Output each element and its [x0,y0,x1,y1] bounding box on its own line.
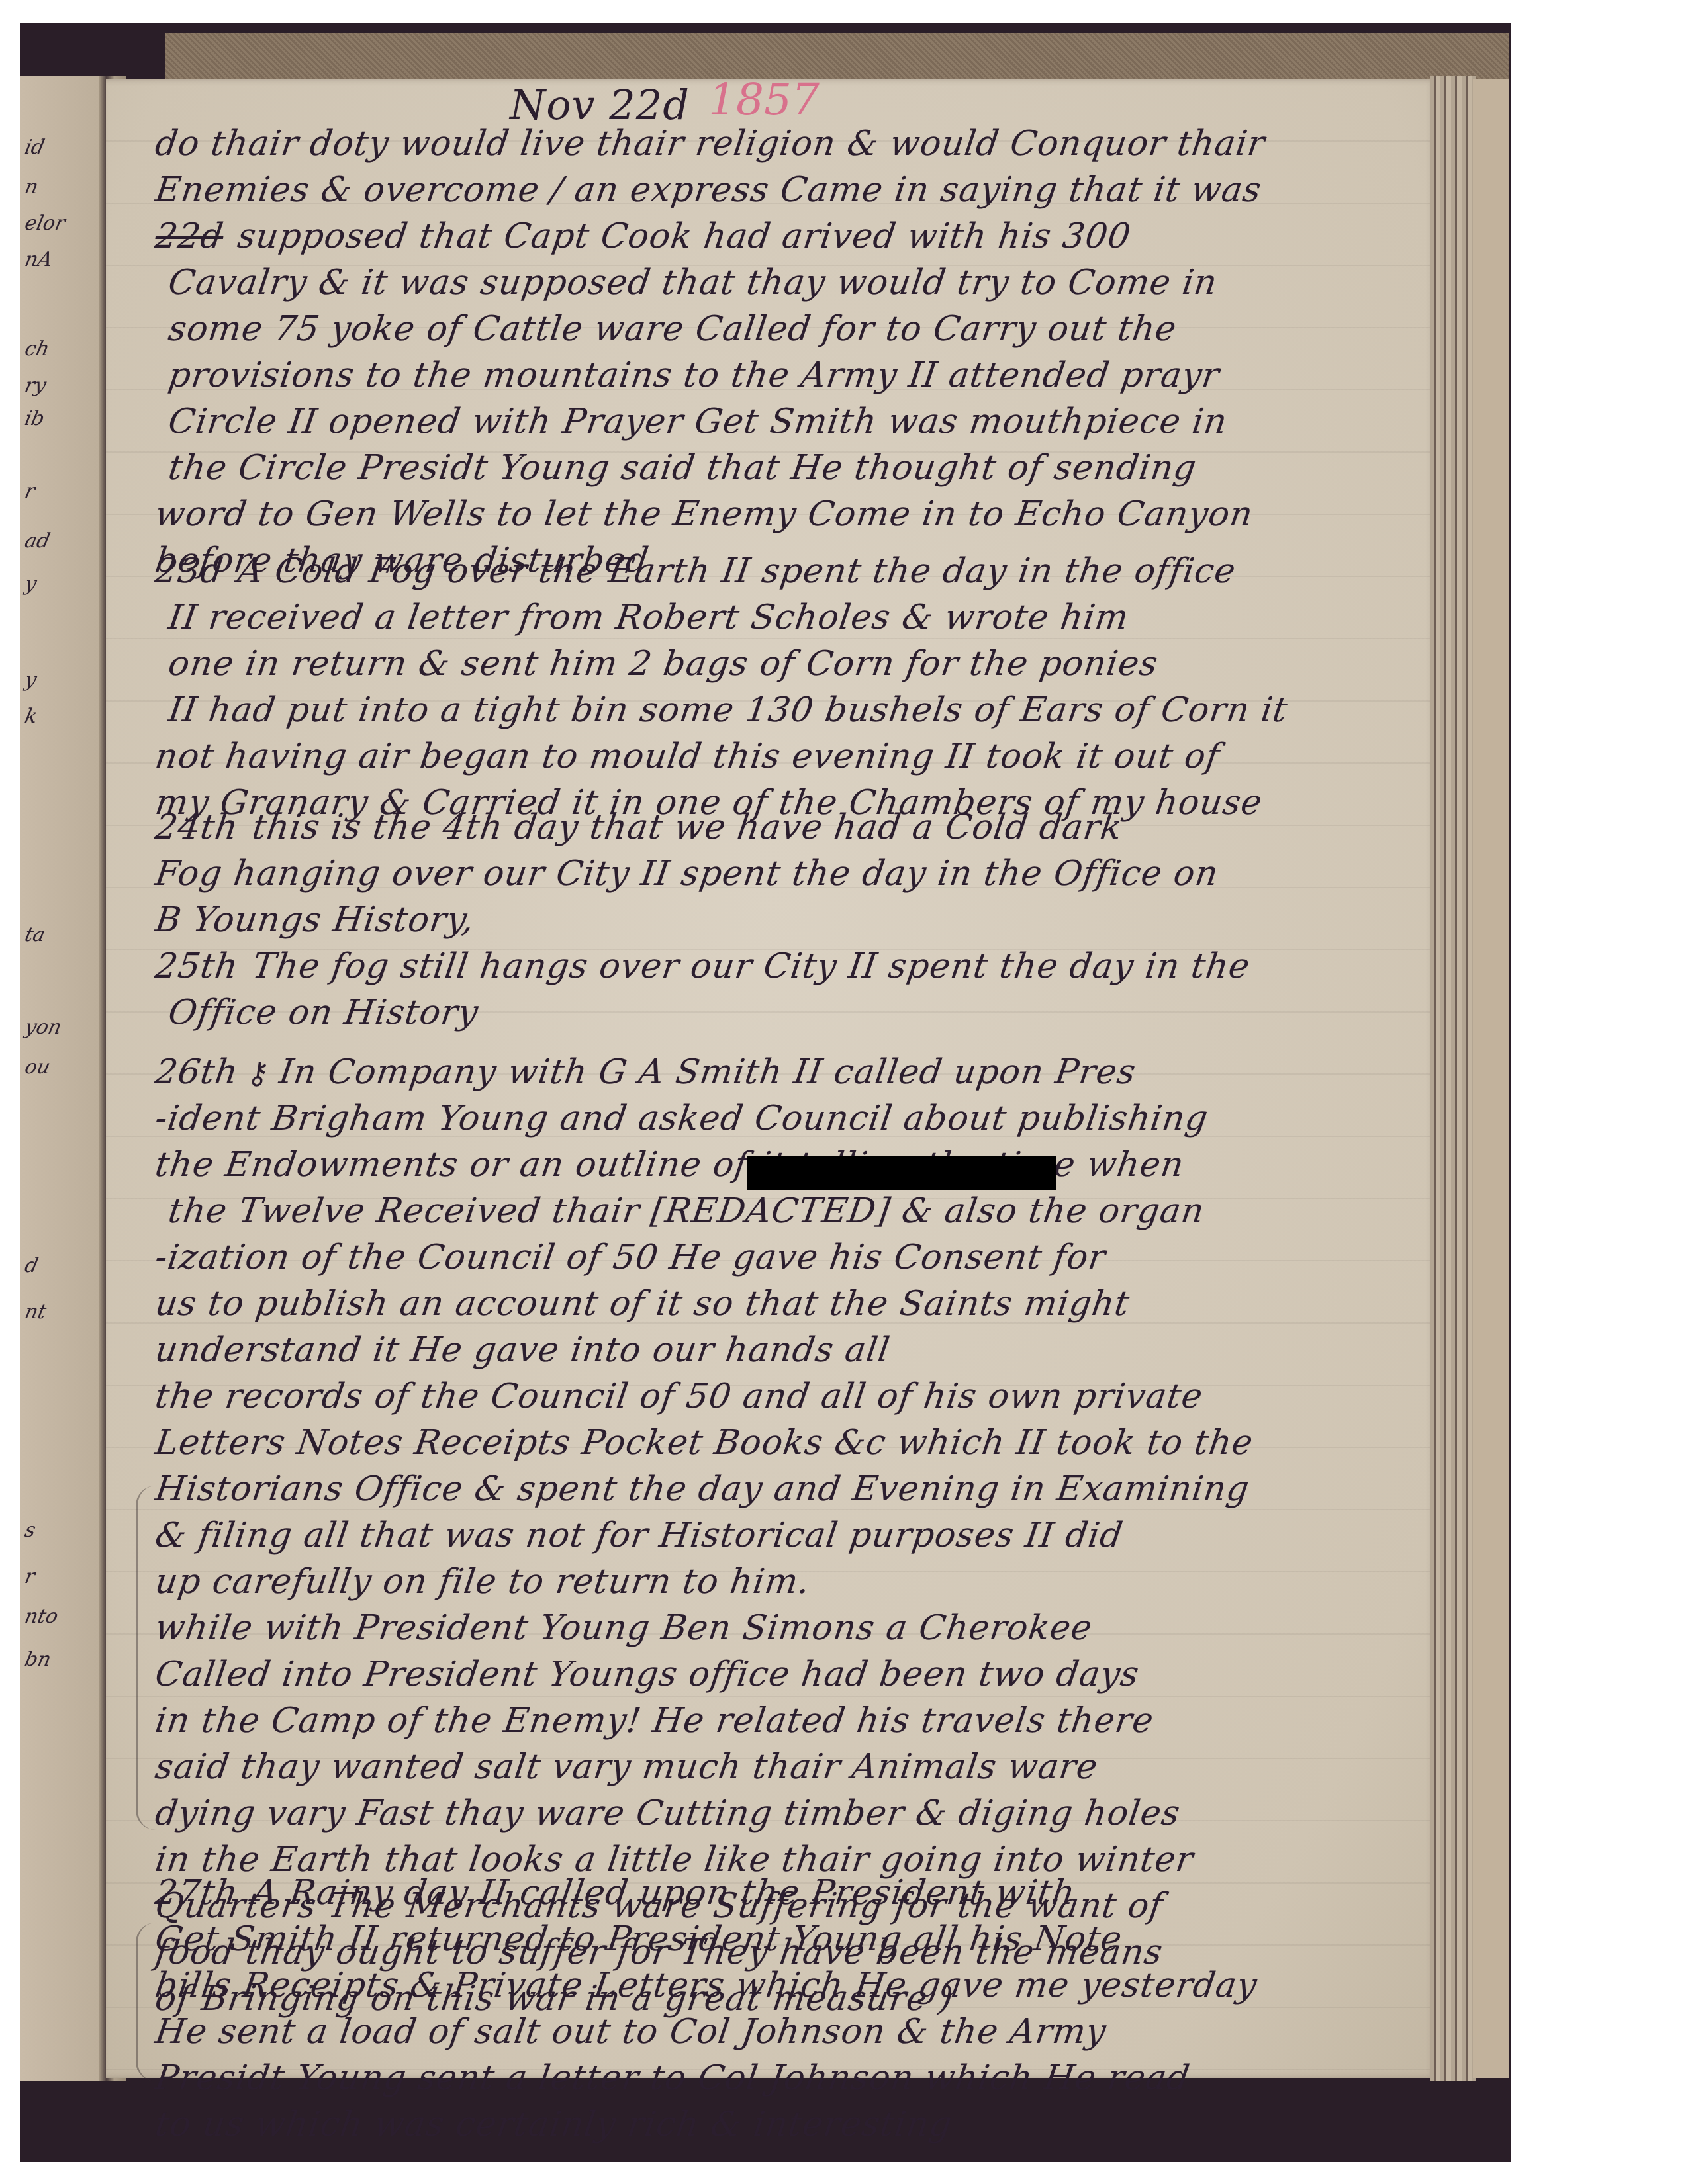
journal-entry-27th: 27thA Rainy day II called upon the Presi… [156,1870,1420,2148]
right-page-edge [1473,79,1509,2078]
entry-line: A Cold Fog over the Earth II spent the d… [235,551,1239,591]
journal-entry-23d: 23dA Cold Fog over the Earth II spent th… [156,548,1420,826]
left-page-fragment: n [23,175,40,199]
entry-line: provisions to the mountains to the Army … [152,352,1423,398]
entry-line: Called into President Youngs office had … [152,1651,1423,1698]
margin-bracket-mark [136,1486,158,1830]
left-page-fragment: ta [23,923,47,946]
entry-line: Enemies & overcome / an express Came in … [152,167,1423,213]
entry-line: The fog still hangs over our City II spe… [250,946,1252,986]
margin-bracket-mark [136,1923,158,2081]
entry-line: B Youngs History, [152,897,1423,943]
left-page-fragment: s [23,1519,38,1542]
entry-line: the Twelve Received thair [REDACTED] & a… [152,1188,1423,1234]
journal-entry-24th: 24ththis is the 4th day that we have had… [156,804,1420,943]
entry-line: Circle II opened with Prayer Get Smith w… [152,398,1423,445]
entry-line: the Circle Presidt Young said that He th… [152,445,1423,491]
left-page-fragment: r [23,480,37,503]
entry-line: while with President Young Ben Simons a … [152,1605,1423,1651]
left-page-fragment: yon [23,1016,64,1039]
entry-date-marker: 25th [153,946,241,986]
left-page-fragment: ry [23,374,48,397]
left-page-fragment: r [23,1565,37,1588]
left-page-fragment: elor [23,212,67,235]
entry-line: Office on History [152,989,1423,1036]
entry-line: Presidt Young sent a letter to Col Johns… [152,2055,1423,2101]
entry-line: one in return & sent him 2 bags of Corn … [152,641,1423,687]
entry-line: In Company with G A Smith II called upon… [277,1052,1139,1092]
entry-line: Get Smith II returned to President Young… [152,1916,1423,1962]
entry-line: understand it He gave into our hands all [152,1327,1423,1373]
entry-line: the records of the Council of 50 and all… [152,1373,1423,1420]
page-stack-edges [1430,76,1476,2081]
entry-line: -ident Brigham Young and asked Council a… [152,1095,1423,1142]
journal-entry-22d: 22dsupposed that Capt Cook had arived wi… [156,213,1420,584]
book-cover-cloth [165,33,1509,86]
journal-entry-25th: 25thThe fog still hangs over our City II… [156,943,1420,1036]
left-page-fragment: id [23,136,46,159]
left-page-fragment: bn [23,1648,53,1671]
entry-line: to us which was certainly rich & interes… [152,2101,1423,2148]
entry-line: II had put into a tight bin some 130 bus… [152,687,1423,733]
entry-line: said thay wanted salt vary much thair An… [152,1744,1423,1790]
entry-line: He sent a load of salt out to Col Johnso… [152,2009,1423,2055]
entry-line: Historians Office & spent the day and Ev… [152,1466,1423,1512]
left-page-fragment: nt [23,1300,48,1324]
left-page-fragment: y [23,668,38,692]
entry-line: dying vary Fast thay ware Cutting timber… [152,1790,1423,1837]
journal-entry-continuation: do thair doty would live thair religion … [156,120,1420,213]
key-seal-symbol-icon: ⚷ [244,1050,274,1096]
entry-line: this is the 4th day that we have had a C… [250,807,1125,847]
entry-line: bills Receipts & Private Letters which H… [152,1962,1423,2009]
left-page-fragment: ou [23,1056,52,1079]
entry-date-marker: 22d [153,216,226,256]
left-page-fragment: ad [23,529,52,553]
entry-date-marker: 27th [153,1873,241,1913]
entry-line: Cavalry & it was supposed that thay woul… [152,259,1423,306]
entry-line: us to publish an account of it so that t… [152,1281,1423,1327]
left-page-fragment: ch [23,338,52,361]
year-annotation: 1857 [708,74,820,125]
left-page-fragment: k [23,705,40,728]
entry-line: -ization of the Council of 50 He gave hi… [152,1234,1423,1281]
entry-line: some 75 yoke of Cattle ware Called for t… [152,306,1423,352]
entry-line: do thair doty would live thair religion … [152,120,1423,167]
entry-line: not having air began to mould this eveni… [152,733,1423,780]
left-page-fragment: d [23,1254,40,1277]
left-page-fragment: y [23,572,38,596]
entry-line: Fog hanging over our City II spent the d… [152,850,1423,897]
left-page-fragment: nA [23,248,54,271]
entry-line: supposed that Capt Cook had arived with … [235,216,1133,256]
entry-line: II received a letter from Robert Scholes… [152,594,1423,641]
entry-line: word to Gen Wells to let the Enemy Come … [152,491,1423,537]
entry-line: Letters Notes Receipts Pocket Books &c w… [152,1420,1423,1466]
left-page-fragment: nto [23,1605,60,1628]
entry-line: up carefully on file to return to him. [152,1559,1423,1605]
entry-date-marker: 26th [153,1052,241,1092]
entry-line: in the Camp of the Enemy! He related his… [152,1698,1423,1744]
left-page-fragment: ib [23,407,46,430]
redaction-box [747,1156,1056,1190]
entry-line: & filing all that was not for Historical… [152,1512,1423,1559]
entry-date-marker: 24th [153,807,241,847]
entry-line: A Rainy day II called upon the President… [250,1873,1078,1913]
entry-date-marker: 23d [153,551,226,591]
